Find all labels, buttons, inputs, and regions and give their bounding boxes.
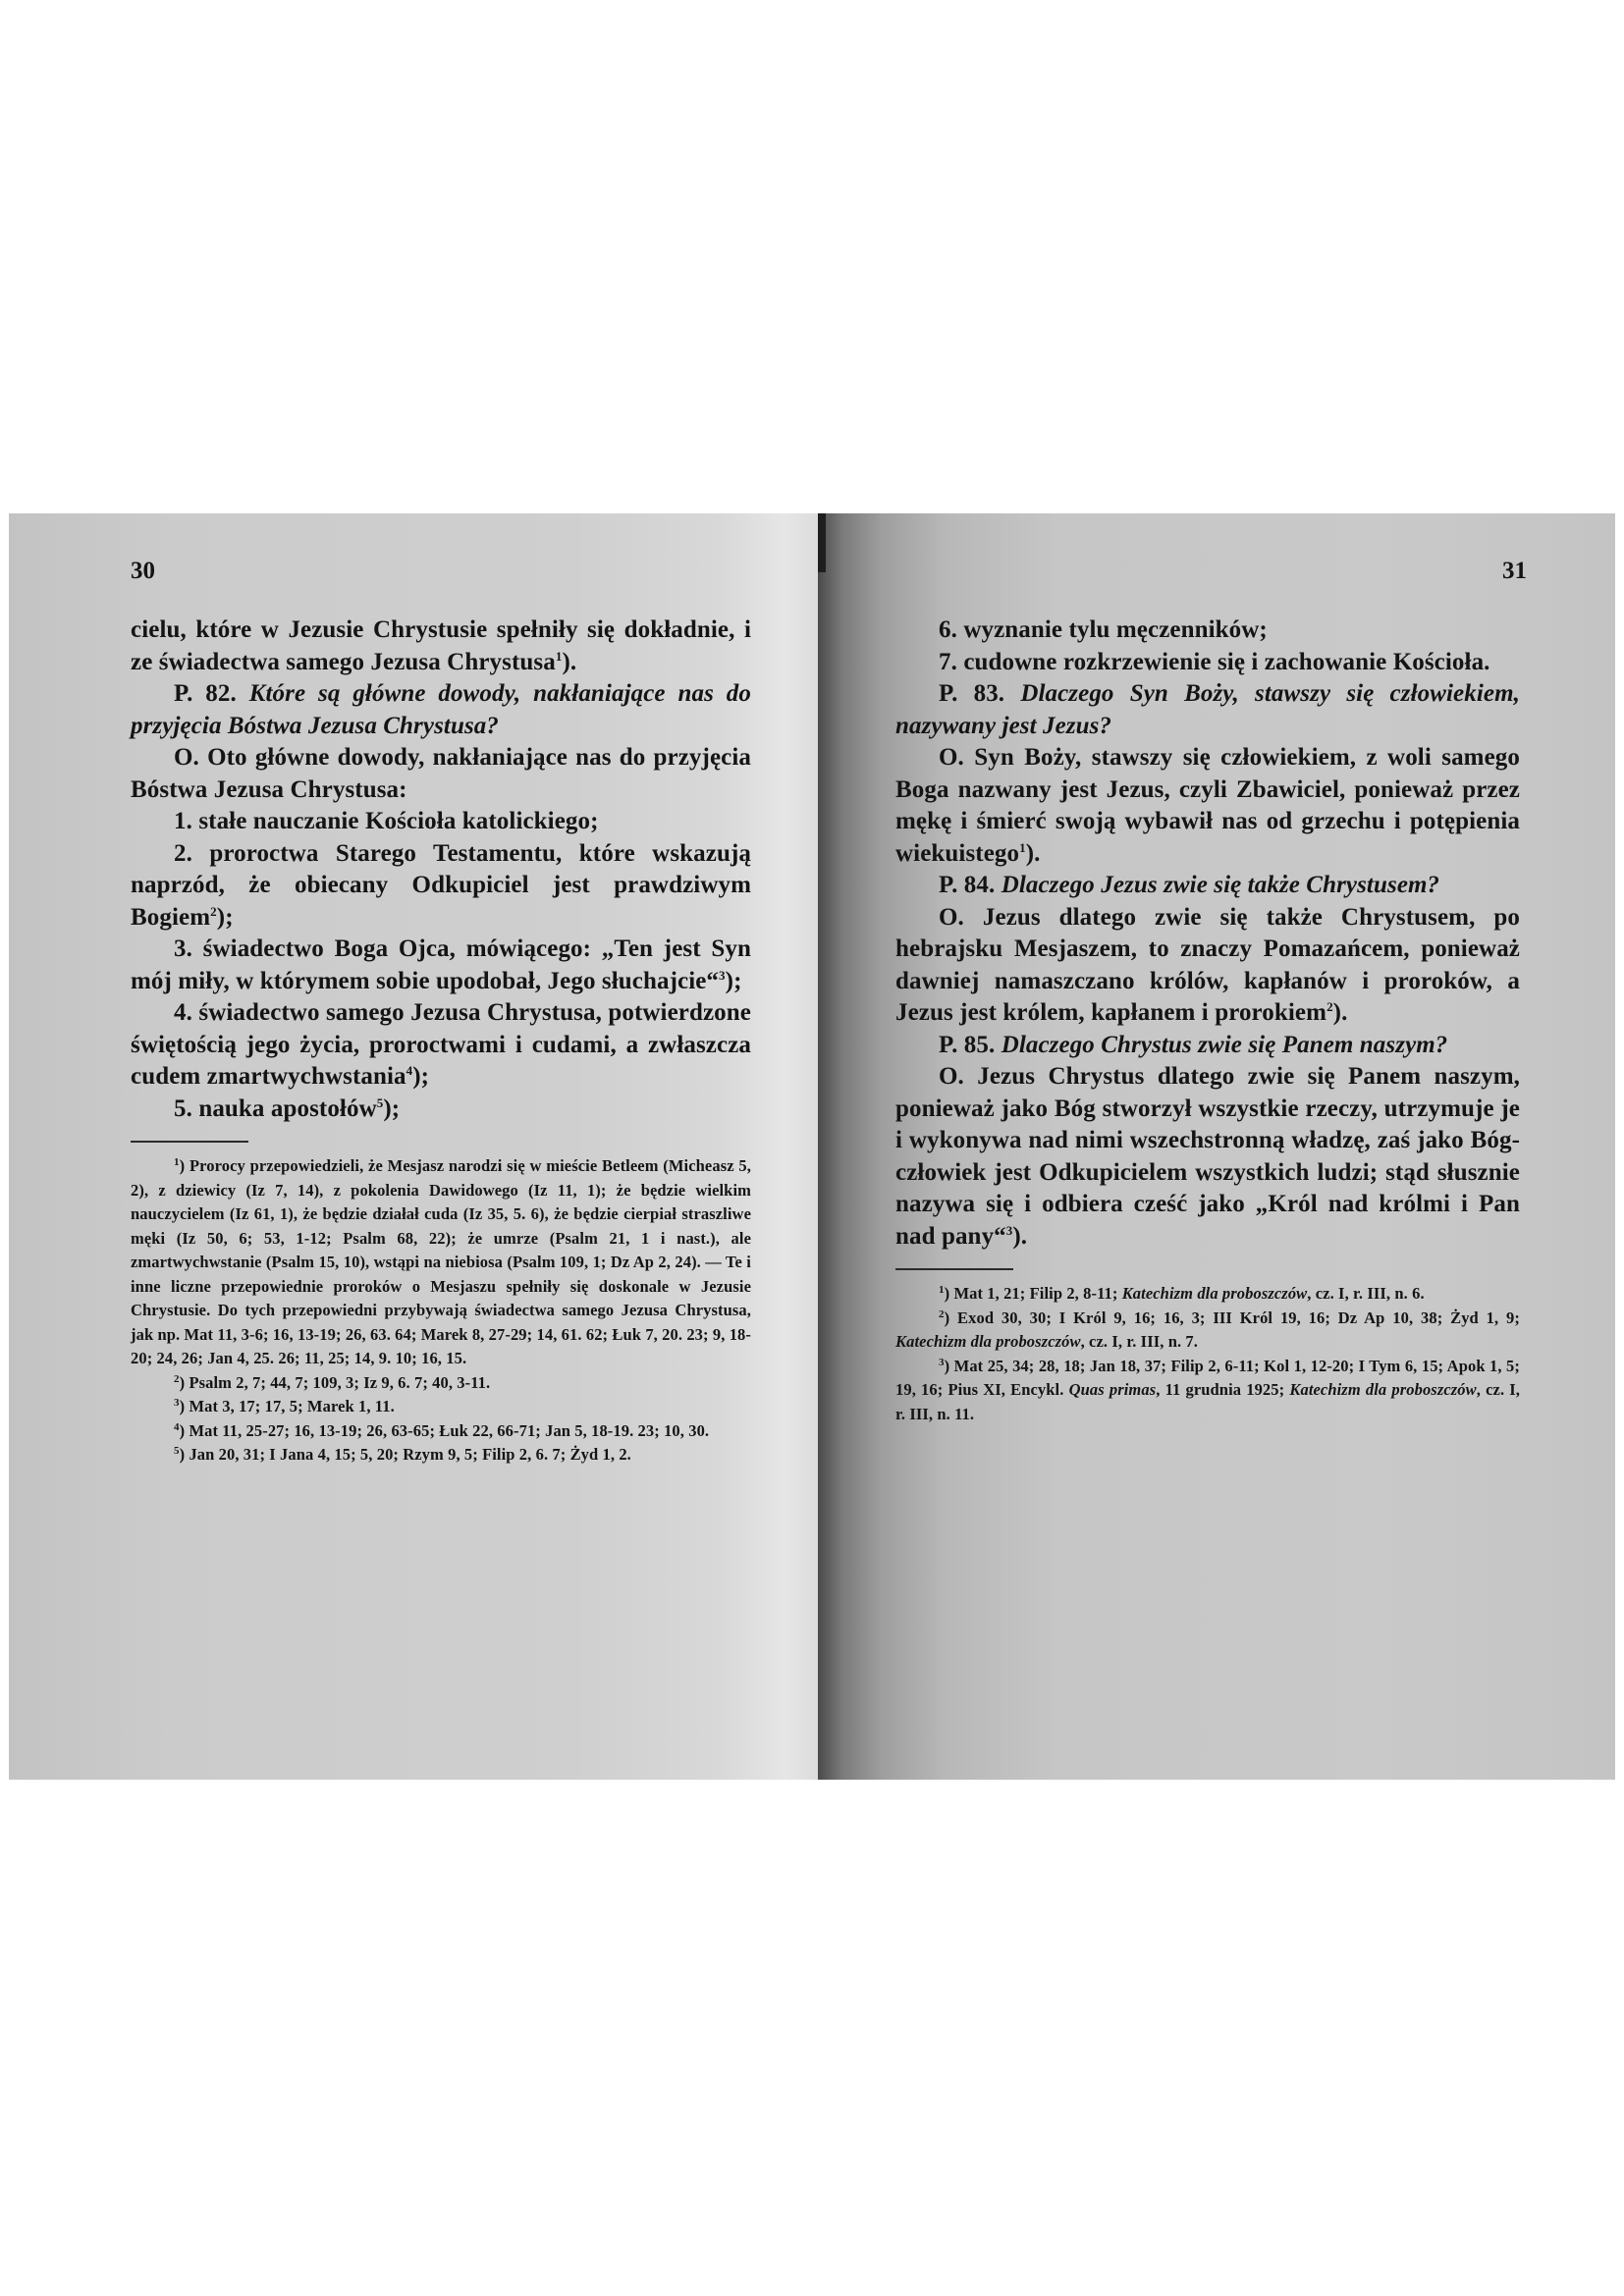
paragraph-question: P. 83. Dlaczego Syn Boży, stawszy się cz… [895,678,1520,742]
answer-text: Oto główne dowody, nakłaniające nas do p… [131,744,751,803]
answer-text: Jezus Chrystus dlatego zwie się Panem na… [895,1063,1520,1250]
item-label: 1. [174,808,198,834]
item-label: 7. [939,649,963,675]
question-text: Dlaczego Jezus zwie się także Chrystusem… [1001,872,1439,898]
answer-label: O. [939,1063,977,1090]
paragraph-item: 6. wyznanie tylu męczenników; [895,614,1520,647]
footnote-marker: 5 [174,1445,180,1457]
item-label: 2. [174,840,209,867]
footnote: 2) Psalm 2, 7; 44, 7; 109, 3; Iz 9, 6. 7… [131,1371,751,1396]
footnote-marker: 2 [174,1373,180,1385]
paragraph-answer: O. Jezus dlatego zwie się także Chrystus… [895,902,1520,1030]
answer-text: Jezus dlatego zwie się także Chrystusem,… [895,904,1520,1027]
item-text: świadectwo samego Jezusa Chrystusa, potw… [131,999,751,1090]
paragraph-item: 2. proroctwa Starego Testamentu, które w… [131,838,751,934]
footnote-marker: 2 [939,1308,945,1320]
paragraph-item: 4. świadectwo samego Jezusa Chrystusa, p… [131,997,751,1094]
paragraph-cont: cielu, które w Jezusie Chrystusie spełni… [131,614,751,678]
paragraph-question: P. 82. Które są główne dowody, nakłaniaj… [131,678,751,742]
answer-label: O. [939,744,974,771]
item-text: proroctwa Starego Testamentu, które wska… [131,840,751,931]
footnote: 1) Mat 1, 21; Filip 2, 8-11; Katechizm d… [895,1282,1520,1307]
item-text: świadectwo Boga Ojca, mówiącego: „Ten je… [131,935,751,994]
page-number: 30 [131,558,155,585]
footnote: 2) Exod 30, 30; I Król 9, 16; 16, 3; III… [895,1307,1520,1355]
left-page: 30 cielu, które w Jezusie Chrystusie spe… [9,513,818,1780]
footnote-text: , 11 grudnia 1925; [1156,1380,1289,1399]
footnote-title: Katechizm dla proboszczów [1122,1284,1308,1303]
footnote-title: Katechizm dla proboszczów [895,1332,1081,1351]
right-page: 31 6. wyznanie tylu męczenników;7. cudow… [818,513,1615,1780]
footnote-marker: 1 [174,1156,180,1168]
footnote-text: Mat 3, 17; 17, 5; Marek 1, 11. [189,1397,394,1415]
paragraph-question: P. 84. Dlaczego Jezus zwie się także Chr… [895,870,1520,902]
item-label: 5. [174,1095,198,1122]
footnote-title: Katechizm dla proboszczów [1289,1380,1476,1399]
footnote: 4) Mat 11, 25-27; 16, 13-19; 26, 63-65; … [131,1419,751,1444]
footnote-text: Mat 1, 21; Filip 2, 8-11; [953,1284,1121,1303]
question-label: P. 83. [939,680,1020,707]
footnote-marker: 3 [174,1397,180,1409]
left-footnotes: 1) Prorocy przepowiedzieli, że Mesjasz n… [131,1154,751,1468]
scanned-book-spread: 30 cielu, które w Jezusie Chrystusie spe… [9,513,1615,1780]
cont-text: cielu, które w Jezusie Chrystusie spełni… [131,616,751,675]
paragraph-answer: O. Syn Boży, stawszy się człowiekiem, z … [895,742,1520,870]
paragraph-item: 3. świadectwo Boga Ojca, mówiącego: „Ten… [131,934,751,997]
item-label: 4. [174,999,198,1026]
right-footnotes: 1) Mat 1, 21; Filip 2, 8-11; Katechizm d… [895,1282,1520,1426]
item-text: cudowne rozkrzewienie się i zachowanie K… [963,649,1489,675]
answer-label: O. [939,904,983,931]
footnote-ref: 2 [210,904,217,919]
footnote-text: Jan 20, 31; I Jana 4, 15; 5, 20; Rzym 9,… [189,1445,630,1464]
footnote-ref: 3 [719,968,726,983]
question-text: Dlaczego Chrystus zwie się Panem naszym? [1001,1032,1448,1058]
paragraph-answer: O. Jezus Chrystus dlatego zwie się Panem… [895,1061,1520,1253]
footnote-marker: 1 [939,1284,945,1296]
footnote: 5) Jan 20, 31; I Jana 4, 15; 5, 20; Rzym… [131,1443,751,1468]
question-label: P. 82. [174,680,249,707]
footnote-text: Prorocy przepowiedzieli, że Mesjasz naro… [131,1156,751,1367]
item-text: stałe nauczanie Kościoła katolickiego; [198,808,598,834]
footnote-ref: 2 [1326,999,1333,1014]
paragraph-item: 7. cudowne rozkrzewienie się i zachowani… [895,647,1520,679]
right-body: 6. wyznanie tylu męczenników;7. cudowne … [895,614,1520,1426]
footnote: 1) Prorocy przepowiedzieli, że Mesjasz n… [131,1154,751,1371]
footnote-ref: 1 [1019,840,1026,855]
footnote-ref: 5 [377,1095,384,1110]
footnote-ref: 1 [556,649,563,664]
footnote-text: Exod 30, 30; I Król 9, 16; 16, 3; III Kr… [957,1308,1520,1327]
paragraph-answer: O. Oto główne dowody, nakłaniające nas d… [131,742,751,806]
page-number: 31 [1502,558,1527,585]
left-body-paragraphs: cielu, które w Jezusie Chrystusie spełni… [131,614,751,1125]
footnote-marker: 3 [939,1357,945,1368]
question-label: P. 84. [939,872,1001,898]
item-label: 3. [174,935,203,962]
item-label: 6. [939,616,963,643]
answer-label: O. [174,744,207,771]
item-text: wyznanie tylu męczenników; [963,616,1268,643]
footnote: 3) Mat 3, 17; 17, 5; Marek 1, 11. [131,1395,751,1419]
footnote-text: Psalm 2, 7; 44, 7; 109, 3; Iz 9, 6. 7; 4… [189,1373,490,1392]
paragraph-question: P. 85. Dlaczego Chrystus zwie się Panem … [895,1030,1520,1062]
footnote-text: , cz. I, r. III, n. 6. [1307,1284,1424,1303]
footnote-rule [131,1141,248,1143]
footnote-text: Mat 11, 25-27; 16, 13-19; 26, 63-65; Łuk… [189,1421,709,1440]
footnote: 3) Mat 25, 34; 28, 18; Jan 18, 37; Filip… [895,1355,1520,1427]
footnote-ref: 4 [406,1063,413,1078]
footnote-ref: 3 [1006,1223,1013,1238]
question-label: P. 85. [939,1032,1001,1058]
footnote-title: Quas primas [1069,1380,1157,1399]
paragraph-item: 1. stałe nauczanie Kościoła katolickiego… [131,806,751,838]
paragraph-item: 5. nauka apostołów5); [131,1094,751,1126]
right-body-paragraphs: 6. wyznanie tylu męczenników;7. cudowne … [895,614,1520,1253]
answer-text: Syn Boży, stawszy się człowiekiem, z wol… [895,744,1520,867]
footnote-text: , cz. I, r. III, n. 7. [1081,1332,1198,1351]
left-body: cielu, które w Jezusie Chrystusie spełni… [131,614,751,1468]
footnote-marker: 4 [174,1421,180,1433]
footnote-rule [895,1268,1013,1270]
item-text: nauka apostołów [198,1095,376,1122]
